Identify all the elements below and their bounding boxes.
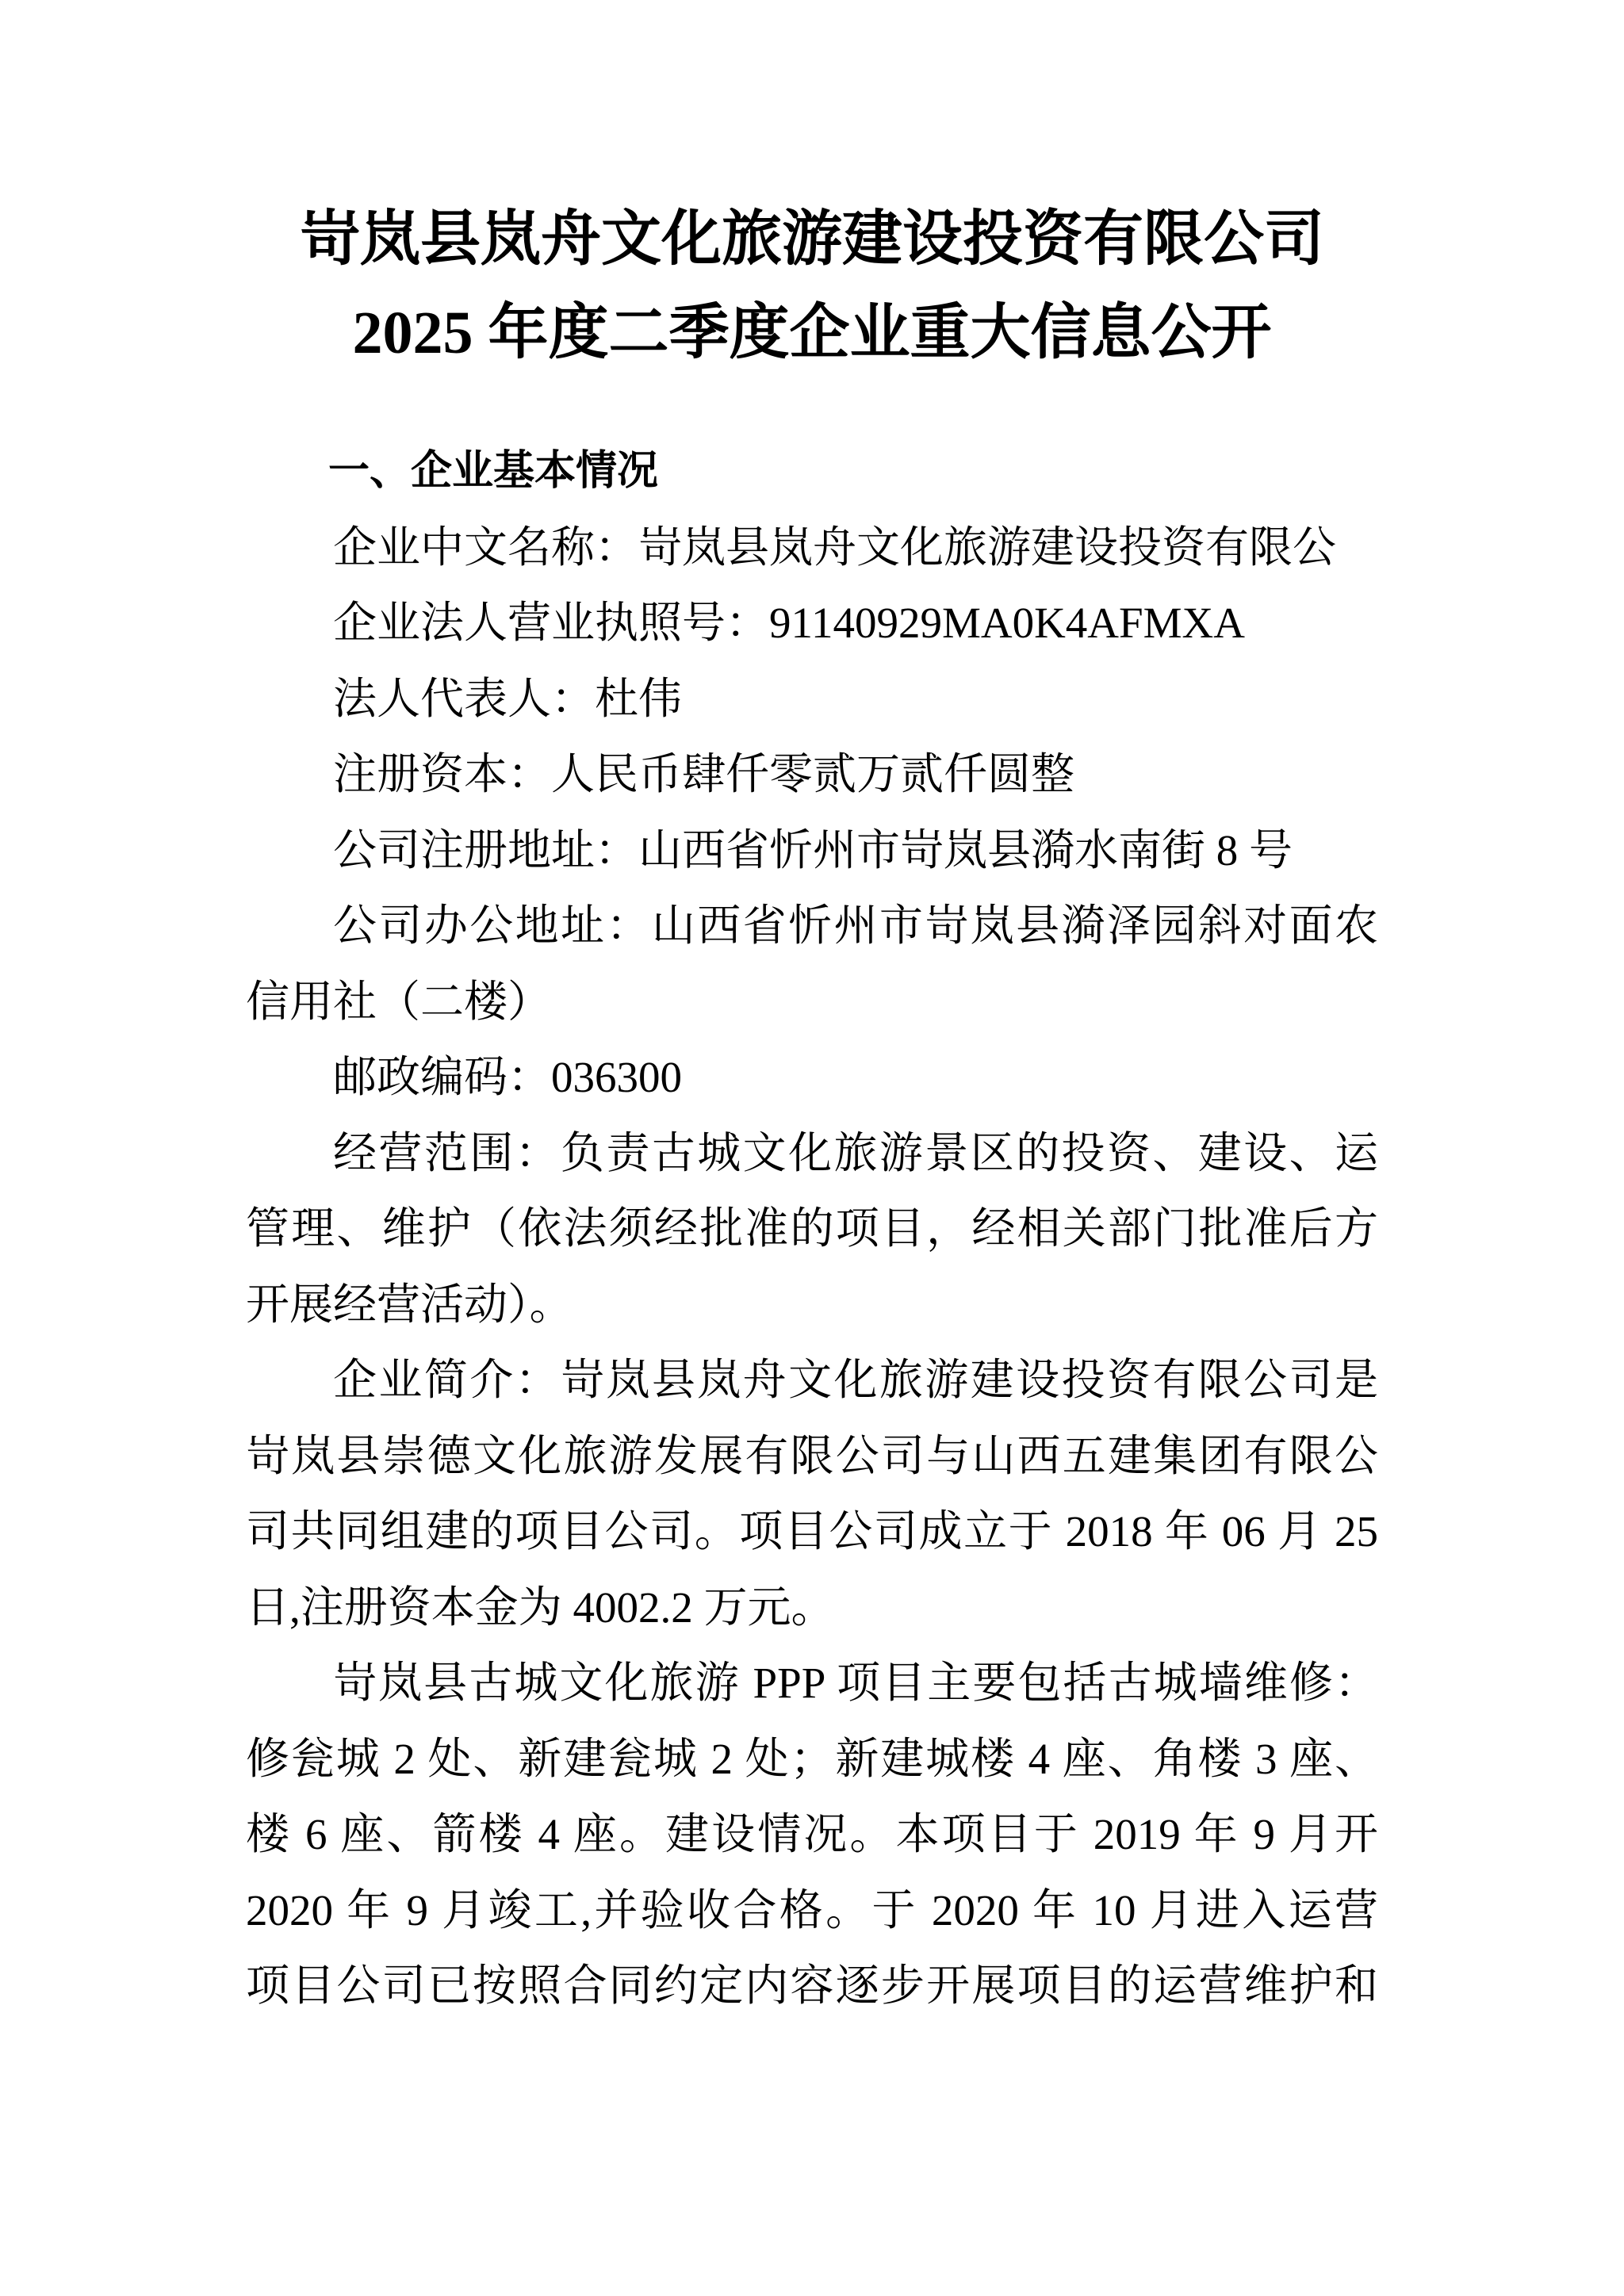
body-line: 岢岚县崇德文化旅游发展有限公司与山西五建集团有限公	[246, 1418, 1378, 1494]
body-line: 邮政编码：036300	[246, 1039, 1378, 1115]
body-line: 项目公司已按照合同约定内容逐步开展项目的运营维护和	[246, 1948, 1378, 2024]
body-line: 开展经营活动）。	[246, 1267, 1378, 1343]
body-line: 企业中文名称：岢岚县岚舟文化旅游建设投资有限公司	[246, 510, 1378, 586]
body-line: 法人代表人：杜伟	[246, 661, 1378, 737]
body-line: 公司办公地址：山西省忻州市岢岚县漪泽园斜对面农村	[246, 888, 1378, 964]
body-line: 修瓮城 2 处、新建瓮城 2 处；新建城楼 4 座、角楼 3 座、敌	[246, 1721, 1378, 1797]
body-line: 企业法人营业执照号：91140929MA0K4AFMXA	[246, 585, 1378, 661]
body-line: 岢岚县古城文化旅游 PPP 项目主要包括古城墙维修：维	[246, 1645, 1378, 1721]
document-page: 岢岚县岚舟文化旅游建设投资有限公司 2025 年度二季度企业重大信息公开 一、企…	[0, 0, 1624, 2296]
body-line: 日,注册资本金为 4002.2 万元。	[246, 1570, 1378, 1646]
body-line: 经营范围：负责古城文化旅游景区的投资、建设、运营、	[246, 1115, 1378, 1192]
body-line: 企业简介：岢岚县岚舟文化旅游建设投资有限公司是由	[246, 1342, 1378, 1418]
document-body: 一、企业基本情况 企业中文名称：岢岚县岚舟文化旅游建设投资有限公司企业法人营业执…	[246, 434, 1378, 2024]
title-line-report-name: 2025 年度二季度企业重大信息公开	[0, 286, 1624, 380]
document-title: 岢岚县岚舟文化旅游建设投资有限公司 2025 年度二季度企业重大信息公开	[0, 193, 1624, 380]
body-line: 注册资本：人民币肆仟零贰万贰仟圆整	[246, 737, 1378, 813]
body-line: 楼 6 座、箭楼 4 座。建设情况。本项目于 2019 年 9 月开工，	[246, 1797, 1378, 1873]
body-line: 信用社（二楼）	[246, 964, 1378, 1040]
section-heading-basic-info: 一、企业基本情况	[246, 434, 1378, 510]
body-line: 司共同组建的项目公司。项目公司成立于 2018 年 06 月 25	[246, 1494, 1378, 1570]
body-lines: 企业中文名称：岢岚县岚舟文化旅游建设投资有限公司企业法人营业执照号：911409…	[246, 510, 1378, 2024]
title-line-company-name: 岢岚县岚舟文化旅游建设投资有限公司	[0, 193, 1624, 286]
body-line: 公司注册地址：山西省忻州市岢岚县漪水南街 8 号	[246, 813, 1378, 889]
body-line: 管理、维护（依法须经批准的项目，经相关部门批准后方可	[246, 1191, 1378, 1267]
body-line: 2020 年 9 月竣工,并验收合格。于 2020 年 10 月进入运营期，	[246, 1873, 1378, 1949]
